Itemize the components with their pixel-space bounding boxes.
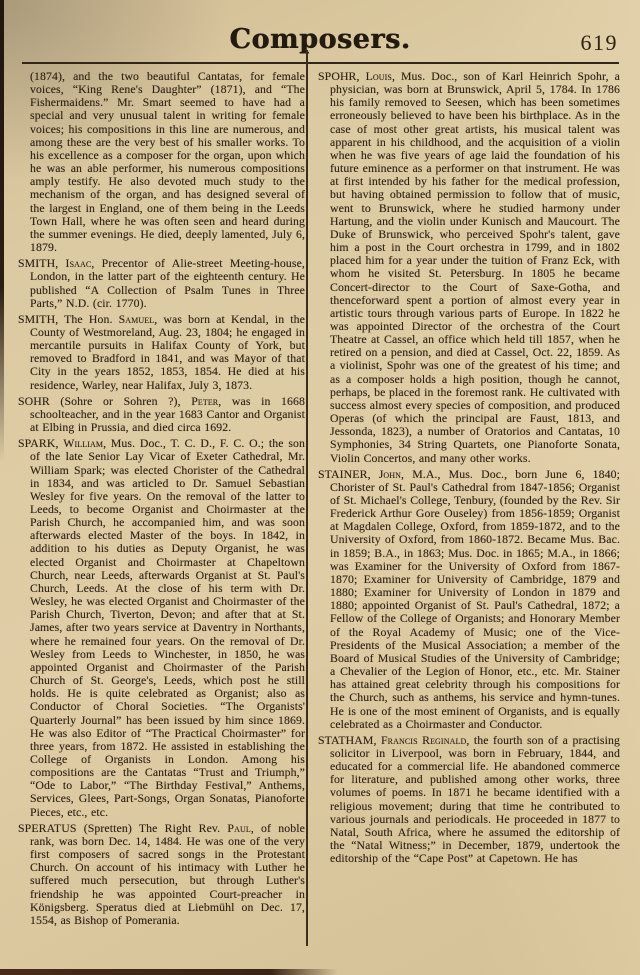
entry-person-name: Peter [191,394,218,408]
dictionary-entry: SPERATUS (Spretten) The Right Rev. Paul,… [18,822,305,927]
entry-headword: SMITH, [18,256,66,270]
dictionary-entry: STATHAM, Francis Reginald, the fourth so… [318,734,620,866]
entry-person-name: Isaac [66,256,92,270]
column-divider-rule [306,50,308,946]
entry-body-text: , Mus. Doc., son of Karl Heinrich Spohr,… [330,70,620,465]
running-head-title: Composers. [0,24,640,55]
entry-body-text: , Mus. Doc., T. C. D., F. C. O.; the son… [30,436,305,818]
entry-person-name: John [379,467,401,481]
entry-headword: SPARK, [18,436,63,450]
entry-headword: SMITH, The Hon. [18,312,119,326]
page-number: 619 [581,30,619,56]
dictionary-entry: SOHR (Sohre or Sohren ?), Peter, was in … [18,395,305,434]
dictionary-entry: SMITH, Isaac, Precentor of Alie-street M… [18,257,305,310]
dictionary-entry: SPOHR, Louis, Mus. Doc., son of Karl Hei… [318,70,620,465]
dictionary-entry: SPARK, William, Mus. Doc., T. C. D., F. … [18,437,305,819]
entry-person-name: Louis [366,70,392,83]
left-text-column: (1874), and the two beautiful Cantatas, … [18,70,305,930]
dictionary-entry: SMITH, The Hon. Samuel, was born at Kend… [18,313,305,392]
right-text-column: SPOHR, Louis, Mus. Doc., son of Karl Hei… [318,70,620,868]
entry-body-text: , M.A., Mus. Doc., born June 6, 1840; Ch… [330,467,620,731]
entry-headword: SPERATUS (Spretten) The Right Rev. [18,821,227,835]
book-page-scan: Composers. 619 (1874), and the two beaut… [0,0,640,975]
entry-headword: SPOHR, [318,70,366,83]
scan-bottom-edge-shadow [0,969,338,975]
entry-headword: STAINER, [318,467,379,481]
continuation-paragraph: (1874), and the two beautiful Cantatas, … [18,70,305,254]
entry-person-name: Francis Reginald [381,733,466,747]
header-rule [22,62,619,64]
entry-body-text: , the fourth son of a practising solicit… [330,733,620,865]
entry-person-name: Paul [227,821,250,835]
entry-person-name: William [63,436,103,450]
entry-headword: SOHR (Sohre or Sohren ?), [18,394,191,408]
entry-body-text: , of noble rank, was born Dec. 14, 1484.… [30,821,305,927]
entry-headword: STATHAM, [318,733,381,747]
scan-left-edge-shadow [0,0,4,462]
entry-person-name: Samuel [119,312,155,326]
dictionary-entry: STAINER, John, M.A., Mus. Doc., born Jun… [318,468,620,731]
